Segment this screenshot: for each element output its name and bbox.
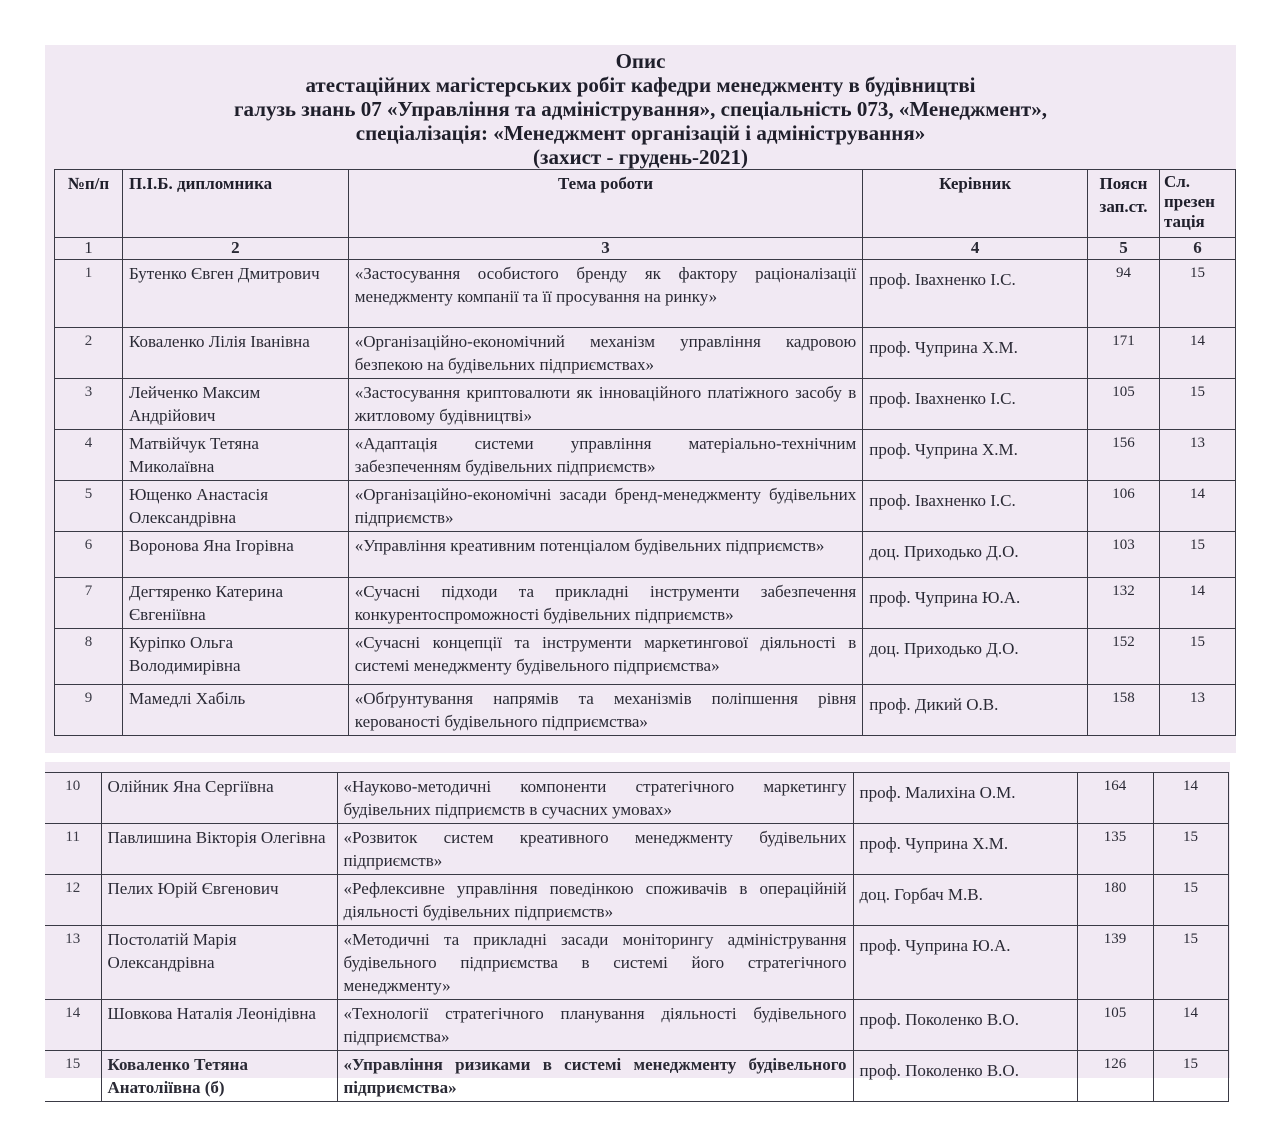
student-name: Пелих Юрій Євгенович xyxy=(101,875,337,926)
explanatory-note-pages: 139 xyxy=(1077,926,1153,1000)
explanatory-note-pages: 94 xyxy=(1088,260,1160,328)
row-number: 3 xyxy=(55,379,123,430)
table-row: 10Олійник Яна Сергіївна«Науково-методичн… xyxy=(45,773,1228,824)
title-line: атестаційних магістерських робіт кафедри… xyxy=(45,73,1236,97)
header-num: №п/п xyxy=(55,170,123,238)
supervisor-name: доц. Приходько Д.О. xyxy=(863,629,1088,685)
explanatory-note-pages: 158 xyxy=(1088,685,1160,736)
supervisor-name: проф. Івахненко І.С. xyxy=(863,260,1088,328)
presentation-slides: 15 xyxy=(1153,875,1228,926)
student-name: Павлишина Вікторія Олегівна xyxy=(101,824,337,875)
row-number: 9 xyxy=(55,685,123,736)
thesis-topic: «Науково-методичні компоненти стратегічн… xyxy=(337,773,853,824)
thesis-topic: «Застосування особистого бренду як факто… xyxy=(348,260,862,328)
presentation-slides: 14 xyxy=(1153,773,1228,824)
document-page-part-1: Опис атестаційних магістерських робіт ка… xyxy=(45,45,1236,753)
explanatory-note-pages: 103 xyxy=(1088,532,1160,578)
presentation-slides: 14 xyxy=(1153,1000,1228,1051)
presentation-slides: 15 xyxy=(1159,260,1235,328)
title-line: Опис xyxy=(45,49,1236,73)
row-number: 1 xyxy=(55,260,123,328)
thesis-topic: «Управління креативним потенціалом будів… xyxy=(348,532,862,578)
table-row: 6Воронова Яна Ігорівна«Управління креати… xyxy=(55,532,1236,578)
document-page-part-2: 10Олійник Яна Сергіївна«Науково-методичн… xyxy=(45,762,1230,1078)
thesis-topic: «Організаційно-економічні засади бренд-м… xyxy=(348,481,862,532)
header-name: П.І.Б. дипломника xyxy=(122,170,348,238)
table-row: 1Бутенко Євген Дмитрович«Застосування ос… xyxy=(55,260,1236,328)
student-name: Шовкова Наталія Леонідівна xyxy=(101,1000,337,1051)
table-row: 12Пелих Юрій Євгенович«Рефлексивне управ… xyxy=(45,875,1228,926)
column-number: 4 xyxy=(863,238,1088,260)
thesis-topic: «Застосування криптовалюти як інноваційн… xyxy=(348,379,862,430)
presentation-slides: 13 xyxy=(1159,685,1235,736)
table-row: 2Коваленко Лілія Іванівна«Організаційно-… xyxy=(55,328,1236,379)
theses-table-part-2: 10Олійник Яна Сергіївна«Науково-методичн… xyxy=(45,772,1229,1102)
student-name: Коваленко Лілія Іванівна xyxy=(122,328,348,379)
supervisor-name: доц. Горбач М.В. xyxy=(853,875,1077,926)
table-row: 15Коваленко Тетяна Анатоліївна (б)«Управ… xyxy=(45,1051,1228,1102)
thesis-topic: «Організаційно-економічний механізм упра… xyxy=(348,328,862,379)
row-number: 13 xyxy=(45,926,101,1000)
student-name: Воронова Яна Ігорівна xyxy=(122,532,348,578)
student-name: Лейченко Максим Андрійович xyxy=(122,379,348,430)
supervisor-name: проф. Чуприна Х.М. xyxy=(853,824,1077,875)
explanatory-note-pages: 180 xyxy=(1077,875,1153,926)
thesis-topic: «Сучасні концепції та інструменти маркет… xyxy=(348,629,862,685)
supervisor-name: проф. Чуприна Х.М. xyxy=(863,430,1088,481)
presentation-slides: 15 xyxy=(1159,629,1235,685)
student-name: Бутенко Євген Дмитрович xyxy=(122,260,348,328)
title-line: (захист - грудень-2021) xyxy=(45,145,1236,169)
student-name: Матвійчук Тетяна Миколаївна xyxy=(122,430,348,481)
row-number: 10 xyxy=(45,773,101,824)
row-number: 14 xyxy=(45,1000,101,1051)
explanatory-note-pages: 171 xyxy=(1088,328,1160,379)
column-number-row: 1 2 3 4 5 6 xyxy=(55,238,1236,260)
student-name: Коваленко Тетяна Анатоліївна (б) xyxy=(101,1051,337,1102)
explanatory-note-pages: 126 xyxy=(1077,1051,1153,1102)
header-row: №п/п П.І.Б. дипломника Тема роботи Керів… xyxy=(55,170,1236,238)
explanatory-note-pages: 156 xyxy=(1088,430,1160,481)
row-number: 6 xyxy=(55,532,123,578)
supervisor-name: проф. Малихіна О.М. xyxy=(853,773,1077,824)
student-name: Куріпко Ольга Володимирівна xyxy=(122,629,348,685)
row-number: 5 xyxy=(55,481,123,532)
thesis-topic: «Методичні та прикладні засади моніторин… xyxy=(337,926,853,1000)
student-name: Дегтяренко Катерина Євгеніївна xyxy=(122,578,348,629)
row-number: 4 xyxy=(55,430,123,481)
supervisor-name: доц. Приходько Д.О. xyxy=(863,532,1088,578)
thesis-topic: «Сучасні підходи та прикладні інструмент… xyxy=(348,578,862,629)
explanatory-note-pages: 152 xyxy=(1088,629,1160,685)
presentation-slides: 13 xyxy=(1159,430,1235,481)
column-number: 3 xyxy=(348,238,862,260)
header-pages: Поясн зап.ст. xyxy=(1088,170,1160,238)
row-number: 8 xyxy=(55,629,123,685)
supervisor-name: проф. Поколенко В.О. xyxy=(853,1051,1077,1102)
supervisor-name: проф. Івахненко І.С. xyxy=(863,379,1088,430)
thesis-topic: «Технології стратегічного планування дія… xyxy=(337,1000,853,1051)
row-number: 7 xyxy=(55,578,123,629)
explanatory-note-pages: 105 xyxy=(1077,1000,1153,1051)
supervisor-name: проф. Дикий О.В. xyxy=(863,685,1088,736)
header-topic: Тема роботи xyxy=(348,170,862,238)
supervisor-name: проф. Поколенко В.О. xyxy=(853,1000,1077,1051)
presentation-slides: 15 xyxy=(1153,926,1228,1000)
student-name: Ющенко Анастасія Олександрівна xyxy=(122,481,348,532)
presentation-slides: 14 xyxy=(1159,578,1235,629)
thesis-topic: «Адаптація системи управління матеріальн… xyxy=(348,430,862,481)
table-row: 3Лейченко Максим Андрійович«Застосування… xyxy=(55,379,1236,430)
table-row: 11Павлишина Вікторія Олегівна«Розвиток с… xyxy=(45,824,1228,875)
presentation-slides: 15 xyxy=(1159,532,1235,578)
thesis-topic: «Управління ризиками в системі менеджмен… xyxy=(337,1051,853,1102)
column-number: 1 xyxy=(55,238,123,260)
supervisor-name: проф. Чуприна Ю.А. xyxy=(853,926,1077,1000)
supervisor-name: проф. Чуприна Х.М. xyxy=(863,328,1088,379)
supervisor-name: проф. Івахненко І.С. xyxy=(863,481,1088,532)
table-row: 9Мамедлі Хабіль«Обґрунтування напрямів т… xyxy=(55,685,1236,736)
thesis-topic: «Розвиток систем креативного менеджменту… xyxy=(337,824,853,875)
presentation-slides: 15 xyxy=(1153,1051,1228,1102)
thesis-topic: «Обґрунтування напрямів та механізмів по… xyxy=(348,685,862,736)
row-number: 15 xyxy=(45,1051,101,1102)
theses-table-part-1: №п/п П.І.Б. дипломника Тема роботи Керів… xyxy=(54,169,1236,736)
explanatory-note-pages: 105 xyxy=(1088,379,1160,430)
explanatory-note-pages: 132 xyxy=(1088,578,1160,629)
column-number: 6 xyxy=(1159,238,1235,260)
explanatory-note-pages: 135 xyxy=(1077,824,1153,875)
title-line: спеціалізація: «Менеджмент організацій і… xyxy=(45,121,1236,145)
presentation-slides: 14 xyxy=(1159,328,1235,379)
table-row: 8Куріпко Ольга Володимирівна«Сучасні кон… xyxy=(55,629,1236,685)
student-name: Постолатій Марія Олександрівна xyxy=(101,926,337,1000)
table-row: 4Матвійчук Тетяна Миколаївна«Адаптація с… xyxy=(55,430,1236,481)
table-row: 5Ющенко Анастасія Олександрівна«Організа… xyxy=(55,481,1236,532)
presentation-slides: 14 xyxy=(1159,481,1235,532)
column-number: 2 xyxy=(122,238,348,260)
title-line: галузь знань 07 «Управління та адміністр… xyxy=(45,97,1236,121)
table-row: 13Постолатій Марія Олександрівна«Методич… xyxy=(45,926,1228,1000)
thesis-topic: «Рефлексивне управління поведінкою спожи… xyxy=(337,875,853,926)
column-number: 5 xyxy=(1088,238,1160,260)
supervisor-name: проф. Чуприна Ю.А. xyxy=(863,578,1088,629)
explanatory-note-pages: 164 xyxy=(1077,773,1153,824)
header-slides: Сл. презен тація xyxy=(1159,170,1235,238)
explanatory-note-pages: 106 xyxy=(1088,481,1160,532)
header-supervisor: Керівник xyxy=(863,170,1088,238)
row-number: 12 xyxy=(45,875,101,926)
student-name: Олійник Яна Сергіївна xyxy=(101,773,337,824)
presentation-slides: 15 xyxy=(1159,379,1235,430)
student-name: Мамедлі Хабіль xyxy=(122,685,348,736)
row-number: 2 xyxy=(55,328,123,379)
row-number: 11 xyxy=(45,824,101,875)
document-title: Опис атестаційних магістерських робіт ка… xyxy=(45,49,1236,169)
table-row: 7Дегтяренко Катерина Євгеніївна«Сучасні … xyxy=(55,578,1236,629)
presentation-slides: 15 xyxy=(1153,824,1228,875)
table-row: 14Шовкова Наталія Леонідівна«Технології … xyxy=(45,1000,1228,1051)
